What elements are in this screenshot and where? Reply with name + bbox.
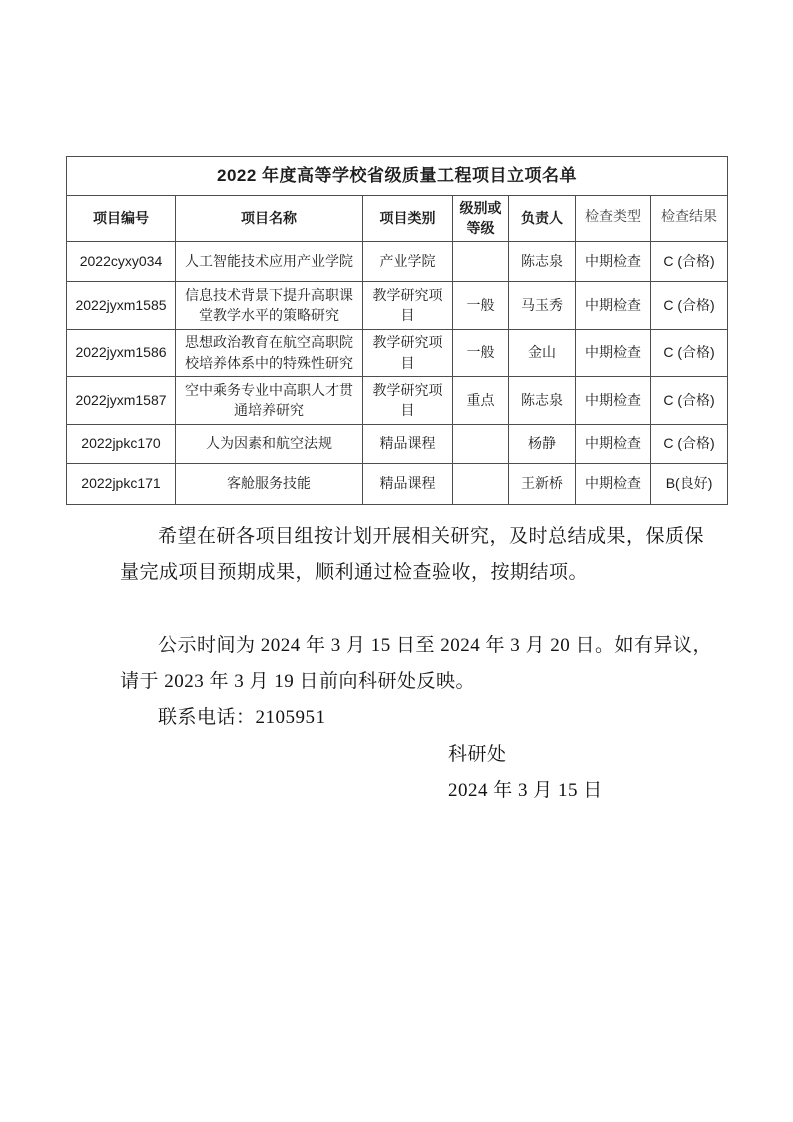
table-header-row: 项目编号 项目名称 项目类别 级别或等级 负责人 检查类型 检查结果 <box>67 196 728 242</box>
cell-code: 2022jyxm1585 <box>67 281 176 329</box>
cell-level <box>453 241 509 281</box>
cell-leader: 陈志泉 <box>509 241 576 281</box>
cell-level: 重点 <box>453 376 509 424</box>
table-row: 2022jpkc171 客舱服务技能 精品课程 王新桥 中期检查 B(良好) <box>67 463 728 504</box>
paragraph-publicity-period: 公示时间为 2024 年 3 月 15 日至 2024 年 3 月 20 日。如… <box>120 628 710 700</box>
cell-leader: 马玉秀 <box>509 281 576 329</box>
signature-department: 科研处 <box>448 737 603 773</box>
paragraph-hope: 希望在研各项目组按计划开展相关研究，及时总结成果，保质保 量完成项目预期成果，顺… <box>120 519 710 591</box>
table-row: 2022cyxy034 人工智能技术应用产业学院 产业学院 陈志泉 中期检查 C… <box>67 241 728 281</box>
body-text: 希望在研各项目组按计划开展相关研究，及时总结成果，保质保 量完成项目预期成果，顺… <box>120 519 710 736</box>
cell-category: 教学研究项目 <box>363 281 453 329</box>
cell-name: 客舱服务技能 <box>176 463 363 504</box>
col-header-check-result: 检查结果 <box>651 196 728 242</box>
cell-code: 2022jyxm1586 <box>67 329 176 376</box>
cell-code: 2022jpkc171 <box>67 463 176 504</box>
cell-check-result: C (合格) <box>651 424 728 463</box>
project-table: 2022 年度高等学校省级质量工程项目立项名单 项目编号 项目名称 项目类别 级… <box>66 156 728 505</box>
cell-check-type: 中期检查 <box>576 329 651 376</box>
col-header-category: 项目类别 <box>363 196 453 242</box>
cell-check-type: 中期检查 <box>576 281 651 329</box>
signature-block: 科研处 2024 年 3 月 15 日 <box>448 737 603 809</box>
cell-level: 一般 <box>453 281 509 329</box>
col-header-code: 项目编号 <box>67 196 176 242</box>
cell-level <box>453 463 509 504</box>
paragraph-line: 希望在研各项目组按计划开展相关研究，及时总结成果，保质保 <box>120 519 710 555</box>
cell-check-type: 中期检查 <box>576 463 651 504</box>
cell-check-result: C (合格) <box>651 241 728 281</box>
col-header-leader: 负责人 <box>509 196 576 242</box>
cell-name: 思想政治教育在航空高职院校培养体系中的特殊性研究 <box>176 329 363 376</box>
table-row: 2022jyxm1586 思想政治教育在航空高职院校培养体系中的特殊性研究 教学… <box>67 329 728 376</box>
cell-leader: 陈志泉 <box>509 376 576 424</box>
col-header-name: 项目名称 <box>176 196 363 242</box>
paragraph-line: 公示时间为 2024 年 3 月 15 日至 2024 年 3 月 20 日。如… <box>120 628 710 664</box>
cell-leader: 杨静 <box>509 424 576 463</box>
paragraph-line: 请于 2023 年 3 月 19 日前向科研处反映。 <box>120 664 710 700</box>
cell-check-result: C (合格) <box>651 376 728 424</box>
cell-category: 精品课程 <box>363 463 453 504</box>
cell-name: 信息技术背景下提升高职课堂教学水平的策略研究 <box>176 281 363 329</box>
paragraph-line: 量完成项目预期成果，顺利通过检查验收，按期结项。 <box>120 555 710 591</box>
cell-code: 2022jyxm1587 <box>67 376 176 424</box>
cell-check-type: 中期检查 <box>576 376 651 424</box>
col-header-level: 级别或等级 <box>453 196 509 242</box>
table-row: 2022jpkc170 人为因素和航空法规 精品课程 杨静 中期检查 C (合格… <box>67 424 728 463</box>
cell-check-type: 中期检查 <box>576 241 651 281</box>
document-page: 2022 年度高等学校省级质量工程项目立项名单 项目编号 项目名称 项目类别 级… <box>0 0 793 1122</box>
cell-leader: 金山 <box>509 329 576 376</box>
cell-name: 人工智能技术应用产业学院 <box>176 241 363 281</box>
signature-date: 2024 年 3 月 15 日 <box>448 773 603 809</box>
cell-category: 精品课程 <box>363 424 453 463</box>
cell-level: 一般 <box>453 329 509 376</box>
cell-check-type: 中期检查 <box>576 424 651 463</box>
table-row: 2022jyxm1585 信息技术背景下提升高职课堂教学水平的策略研究 教学研究… <box>67 281 728 329</box>
cell-name: 空中乘务专业中高职人才贯通培养研究 <box>176 376 363 424</box>
cell-check-result: C (合格) <box>651 329 728 376</box>
cell-name: 人为因素和航空法规 <box>176 424 363 463</box>
col-header-check-type: 检查类型 <box>576 196 651 242</box>
cell-level <box>453 424 509 463</box>
contact-phone-line: 联系电话：2105951 <box>120 700 710 736</box>
cell-code: 2022jpkc170 <box>67 424 176 463</box>
table-title: 2022 年度高等学校省级质量工程项目立项名单 <box>67 157 728 196</box>
cell-category: 教学研究项目 <box>363 329 453 376</box>
cell-code: 2022cyxy034 <box>67 241 176 281</box>
cell-check-result: C (合格) <box>651 281 728 329</box>
cell-check-result: B(良好) <box>651 463 728 504</box>
cell-category: 产业学院 <box>363 241 453 281</box>
table-title-row: 2022 年度高等学校省级质量工程项目立项名单 <box>67 157 728 196</box>
cell-leader: 王新桥 <box>509 463 576 504</box>
table-row: 2022jyxm1587 空中乘务专业中高职人才贯通培养研究 教学研究项目 重点… <box>67 376 728 424</box>
cell-category: 教学研究项目 <box>363 376 453 424</box>
